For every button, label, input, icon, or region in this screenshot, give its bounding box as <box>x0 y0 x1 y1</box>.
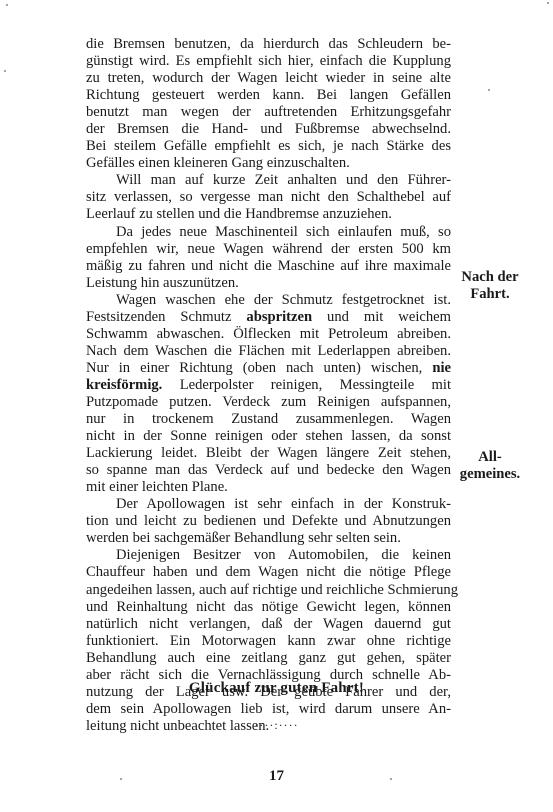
text-line: sitz verlassen, so vergesse man nicht de… <box>86 189 451 206</box>
text-line: natürlich nicht verlangen, daß der Wagen… <box>86 616 451 633</box>
text-line: benutzt man wegen der auftretenden Erhit… <box>86 104 451 121</box>
text-line: mäßig zu fahren und nicht die Maschine a… <box>86 258 451 275</box>
text-line: Nach dem Waschen die Flächen mit Lederla… <box>86 343 451 360</box>
scan-speck <box>4 70 6 72</box>
scan-speck <box>547 2 549 4</box>
margin-note-nach-der-fahrt: Nach der Fahrt. <box>455 269 525 303</box>
text-line: Schwamm abwaschen. Ölflecken mit Petrole… <box>86 326 451 343</box>
emphasis: kreisförmig. <box>86 377 162 393</box>
text-line: so spanne man das Verdeck auf und bedeck… <box>86 462 451 479</box>
margin-note-line: Nach der <box>455 269 525 286</box>
text-line: kreisförmig. Lederpolster reinigen, Mess… <box>86 377 451 394</box>
margin-note-line: Fahrt. <box>455 286 525 303</box>
scan-speck <box>390 778 392 780</box>
scan-speck <box>488 89 490 91</box>
scan-speck <box>120 778 122 780</box>
text-line: Putzpomade putzen. Verdeck zum Reinigen … <box>86 394 451 411</box>
ornament-divider: ····:···· <box>0 718 553 732</box>
text-line: Diejenigen Besitzer von Automobilen, die… <box>86 547 451 564</box>
text-line: Bei steilem Gefälle empfiehlt es sich, j… <box>86 138 451 155</box>
text-line: günstigt wird. Es empfiehlt sich hier, e… <box>86 53 451 70</box>
text-line: Wagen waschen ehe der Schmutz festgetroc… <box>86 292 451 309</box>
text-line: Der Apollowagen ist sehr einfach in der … <box>86 496 451 513</box>
page-number: 17 <box>0 768 553 785</box>
text-line: mit einer leichten Plane. <box>86 479 451 496</box>
text-line: Lackierung leidet. Bleibt der Wagen läng… <box>86 445 451 462</box>
text-line: Nur in einer Richtung (oben nach unten) … <box>86 360 451 377</box>
text-line: dem sein Apollowagen lieb ist, wird daru… <box>86 701 451 718</box>
text-line: Chauffeur haben und dem Wagen nicht die … <box>86 564 451 581</box>
margin-note-allgemeines: All- gemeines. <box>452 449 528 483</box>
text-line: Gefälles einen kleineren Gang einzuschal… <box>86 155 451 172</box>
text-line: empfehlen wir, neue Wagen während der er… <box>86 241 451 258</box>
text-line: der Bremsen die Hand- und Fußbremse abwe… <box>86 121 451 138</box>
emphasis: nie <box>432 360 451 376</box>
text-line: angedeihen lassen, auch auf richtige und… <box>86 582 451 599</box>
text-line: tion und leicht zu bedienen und Defekte … <box>86 513 451 530</box>
text-line: Da jedes neue Maschinenteil sich einlauf… <box>86 224 451 241</box>
text-line: Festsitzenden Schmutz abspritzen und mit… <box>86 309 451 326</box>
text-line: Richtung gesteuert werden kann. Bei lang… <box>86 87 451 104</box>
margin-note-line: All- <box>452 449 528 466</box>
book-page: die Bremsen benutzen, da hierdurch das S… <box>0 0 553 812</box>
text-line: nur in trockenem Zustand zusammenlegen. … <box>86 411 451 428</box>
text-line: und Reinhaltung nicht das nötige Gewicht… <box>86 599 451 616</box>
scan-speck <box>6 4 8 6</box>
text-line: zu treten, wodurch der Wagen leicht wied… <box>86 70 451 87</box>
text-line: Leerlauf zu stellen und die Handbremse a… <box>86 206 451 223</box>
text-line: funktioniert. Ein Motorwagen kann zwar o… <box>86 633 451 650</box>
closing-line: Glückauf zur guten Fahrt! <box>0 680 553 697</box>
emphasis: abspritzen <box>246 309 312 325</box>
text-line: Will man auf kurze Zeit anhalten und den… <box>86 172 451 189</box>
text-line: Behandlung auch eine zeitlang ganz gut g… <box>86 650 451 667</box>
text-line: werden bei sachgemäßer Behandlung sehr s… <box>86 530 451 547</box>
margin-note-line: gemeines. <box>452 466 528 483</box>
text-line: nicht in der Sonne reinigen oder stehen … <box>86 428 451 445</box>
text-line: die Bremsen benutzen, da hierdurch das S… <box>86 36 451 53</box>
text-line: Leistung hin auszunützen. <box>86 275 451 292</box>
body-text: die Bremsen benutzen, da hierdurch das S… <box>86 36 451 735</box>
